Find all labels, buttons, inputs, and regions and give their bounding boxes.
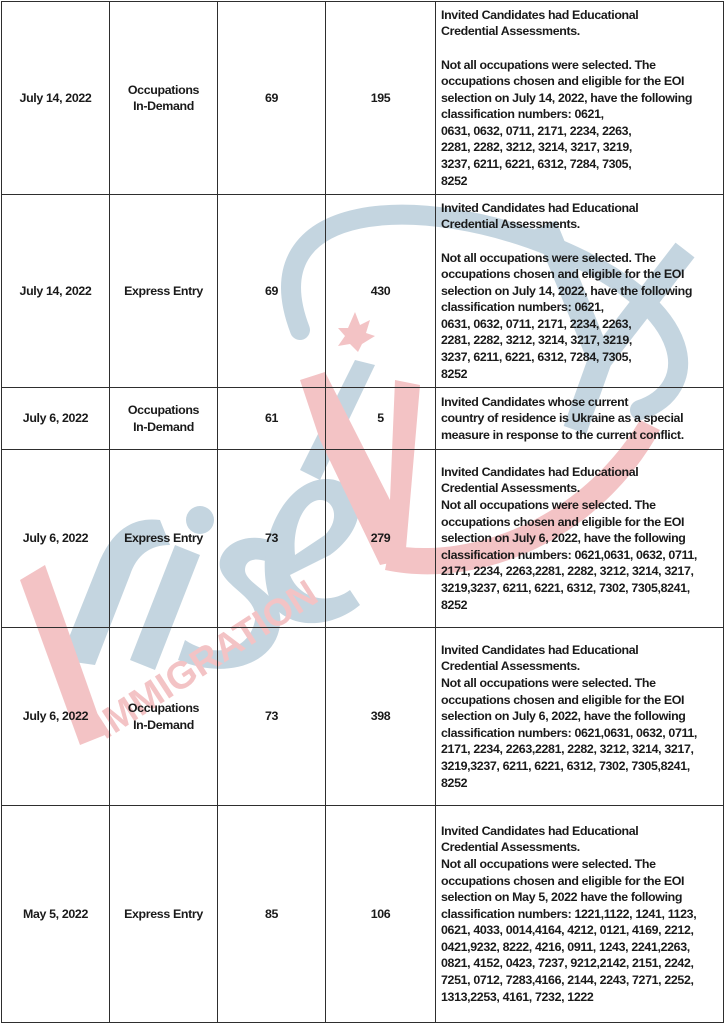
draw-stream: Express Entry xyxy=(110,195,218,388)
draw-min-score: 69 xyxy=(218,2,326,195)
table-row: July 14, 2022 Express Entry 69 430 Invit… xyxy=(2,195,724,388)
table-row: May 5, 2022 Express Entry 85 106 Invited… xyxy=(2,806,724,1023)
draw-date: July 6, 2022 xyxy=(2,628,110,806)
draw-notes: Invited Candidates had Educational Crede… xyxy=(436,628,724,806)
draw-stream: Occupations In-Demand xyxy=(110,2,218,195)
eoi-draws-table: July 14, 2022 Occupations In-Demand 69 1… xyxy=(1,1,724,1023)
table-row: July 14, 2022 Occupations In-Demand 69 1… xyxy=(2,2,724,195)
draw-invitations: 5 xyxy=(326,388,436,450)
draw-stream: Occupations In-Demand xyxy=(110,628,218,806)
draw-stream: Express Entry xyxy=(110,806,218,1023)
note-paragraph: Invited Candidates had Educational Crede… xyxy=(441,464,719,613)
table-row: July 6, 2022 Express Entry 73 279 Invite… xyxy=(2,450,724,628)
draw-min-score: 73 xyxy=(218,628,326,806)
note-paragraph: Not all occupations were selected. The o… xyxy=(441,57,719,190)
draw-invitations: 106 xyxy=(326,806,436,1023)
draw-invitations: 279 xyxy=(326,450,436,628)
note-paragraph: Invited Candidates had Educational Crede… xyxy=(441,200,719,233)
table-row: July 6, 2022 Occupations In-Demand 73 39… xyxy=(2,628,724,806)
draw-invitations: 430 xyxy=(326,195,436,388)
draw-notes: Invited Candidates had Educational Crede… xyxy=(436,806,724,1023)
note-paragraph: Invited Candidates whose current country… xyxy=(441,394,719,444)
draw-date: July 6, 2022 xyxy=(2,388,110,450)
draw-notes: Invited Candidates had Educational Crede… xyxy=(436,2,724,195)
draw-date: July 14, 2022 xyxy=(2,195,110,388)
note-paragraph: Not all occupations were selected. The o… xyxy=(441,250,719,383)
draw-notes: Invited Candidates had Educational Crede… xyxy=(436,195,724,388)
note-paragraph: Invited Candidates had Educational Crede… xyxy=(441,823,719,1006)
draw-min-score: 85 xyxy=(218,806,326,1023)
draw-min-score: 61 xyxy=(218,388,326,450)
draw-notes: Invited Candidates had Educational Crede… xyxy=(436,450,724,628)
draw-min-score: 69 xyxy=(218,195,326,388)
draw-invitations: 398 xyxy=(326,628,436,806)
draw-invitations: 195 xyxy=(326,2,436,195)
draw-date: July 14, 2022 xyxy=(2,2,110,195)
draw-stream: Express Entry xyxy=(110,450,218,628)
table-row: July 6, 2022 Occupations In-Demand 61 5 … xyxy=(2,388,724,450)
draw-stream: Occupations In-Demand xyxy=(110,388,218,450)
draw-notes: Invited Candidates whose current country… xyxy=(436,388,724,450)
draw-date: July 6, 2022 xyxy=(2,450,110,628)
draw-min-score: 73 xyxy=(218,450,326,628)
draw-date: May 5, 2022 xyxy=(2,806,110,1023)
note-paragraph: Invited Candidates had Educational Crede… xyxy=(441,7,719,40)
note-paragraph: Invited Candidates had Educational Crede… xyxy=(441,642,719,791)
